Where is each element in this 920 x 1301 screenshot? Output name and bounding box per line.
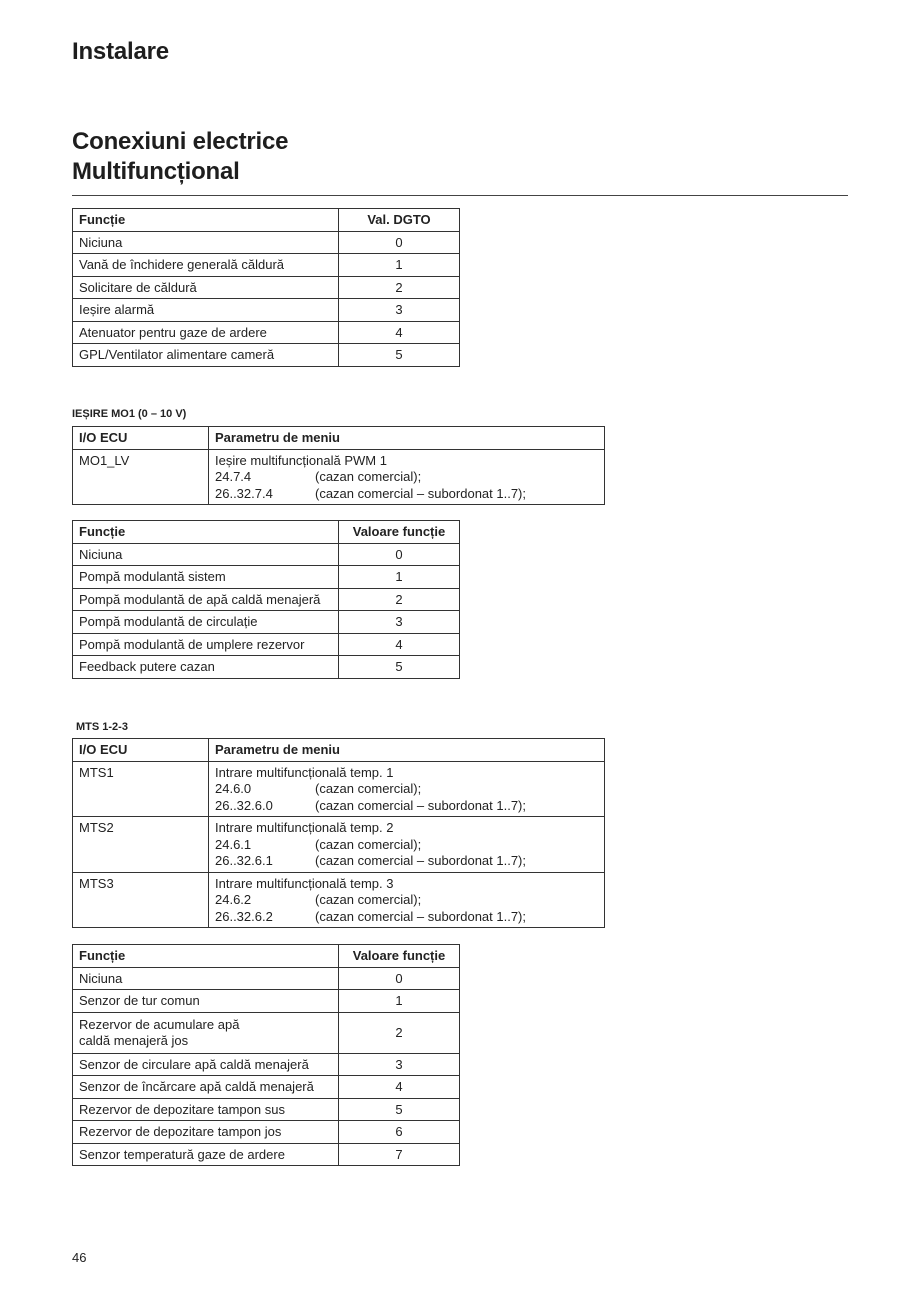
parameter-line: 26..32.6.0(cazan comercial – subordonat … [215, 798, 598, 815]
table-row: Pompă modulantă sistem1 [73, 566, 460, 589]
parameter-description: (cazan comercial – subordonat 1..7); [315, 798, 526, 813]
parameter-code: 24.6.1 [215, 837, 315, 853]
function-cell: Niciuna [73, 231, 339, 254]
parameter-line: 24.7.4(cazan comercial); [215, 469, 598, 486]
parameter-description: (cazan comercial); [315, 469, 421, 484]
value-cell: 5 [339, 656, 460, 679]
parameter-description: (cazan comercial – subordonat 1..7); [315, 853, 526, 868]
parameter-line: 26..32.7.4(cazan comercial – subordonat … [215, 486, 598, 503]
parameter-code: 24.6.2 [215, 892, 315, 908]
table-header-row: Funcție Valoare funcție [73, 521, 460, 544]
column-header-io-ecu: I/O ECU [73, 427, 209, 450]
section-title: Instalare [72, 38, 169, 66]
table-row: Atenuator pentru gaze de ardere4 [73, 321, 460, 344]
parameter-description: (cazan comercial); [315, 892, 421, 907]
column-header-value: Valoare funcție [339, 521, 460, 544]
table-row: Pompă modulantă de apă caldă menajeră2 [73, 588, 460, 611]
value-cell: 1 [339, 254, 460, 277]
parameter-line: 24.6.2(cazan comercial); [215, 892, 598, 909]
parameter-code: 26..32.6.1 [215, 853, 315, 869]
table-row: MTS2Intrare multifuncțională temp. 224.6… [73, 817, 605, 873]
value-cell: 4 [339, 321, 460, 344]
function-cell: Vană de închidere generală căldură [73, 254, 339, 277]
table-row: Rezervor de depozitare tampon sus5 [73, 1098, 460, 1121]
table-row: Senzor de tur comun1 [73, 990, 460, 1013]
function-cell: Feedback putere cazan [73, 656, 339, 679]
value-cell: 2 [339, 276, 460, 299]
table-header-row: Funcție Valoare funcție [73, 945, 460, 968]
column-header-function: Funcție [73, 521, 339, 544]
function-cell: Pompă modulantă de apă caldă menajeră [73, 588, 339, 611]
function-cell: Ieșire alarmă [73, 299, 339, 322]
function-cell: Rezervor de depozitare tampon jos [73, 1121, 339, 1144]
parameter-line: 24.6.1(cazan comercial); [215, 837, 598, 854]
page-title-line-2: Multifuncțional [72, 157, 288, 187]
value-cell: 0 [339, 231, 460, 254]
parameter-description: (cazan comercial); [315, 781, 421, 796]
parameter-code: 24.7.4 [215, 469, 315, 485]
function-cell: Rezervor de acumulare apăcaldă menajeră … [73, 1012, 339, 1053]
column-header-value: Valoare funcție [339, 945, 460, 968]
mo1-io-table: I/O ECU Parametru de meniu MO1_LVIeșire … [72, 426, 605, 505]
function-cell: Rezervor de depozitare tampon sus [73, 1098, 339, 1121]
column-header-menu-parameter: Parametru de meniu [209, 427, 605, 450]
mts-caption: MTS 1-2-3 [76, 721, 128, 733]
table-row: Niciuna0 [73, 967, 460, 990]
page-number: 46 [72, 1250, 86, 1265]
parameter-code: 24.6.0 [215, 781, 315, 797]
value-cell: 2 [339, 1012, 460, 1053]
column-header-io-ecu: I/O ECU [73, 739, 209, 762]
table-header-row: I/O ECU Parametru de meniu [73, 427, 605, 450]
table-row: Niciuna0 [73, 231, 460, 254]
parameter-title: Intrare multifuncțională temp. 3 [215, 876, 598, 893]
value-cell: 2 [339, 588, 460, 611]
table-row: Vană de închidere generală căldură1 [73, 254, 460, 277]
table-row: Senzor temperatură gaze de ardere7 [73, 1143, 460, 1166]
value-cell: 4 [339, 1076, 460, 1099]
function-cell: Senzor de tur comun [73, 990, 339, 1013]
value-cell: 5 [339, 344, 460, 367]
value-cell: 5 [339, 1098, 460, 1121]
parameter-line: 26..32.6.1(cazan comercial – subordonat … [215, 853, 598, 870]
mts-function-table: Funcție Valoare funcție Niciuna0Senzor d… [72, 944, 460, 1166]
mts-io-table: I/O ECU Parametru de meniu MTS1Intrare m… [72, 738, 605, 928]
parameter-code: 26..32.7.4 [215, 486, 315, 502]
parameter-title: Intrare multifuncțională temp. 1 [215, 765, 598, 782]
parameter-description: (cazan comercial – subordonat 1..7); [315, 486, 526, 501]
table-row: Senzor de circulare apă caldă menajeră3 [73, 1053, 460, 1076]
menu-parameter-cell: Intrare multifuncțională temp. 124.6.0(c… [209, 761, 605, 817]
value-cell: 1 [339, 990, 460, 1013]
table-row: Pompă modulantă de circulație3 [73, 611, 460, 634]
table-header-row: Funcție Val. DGTO [73, 209, 460, 232]
mo1-caption: IEȘIRE MO1 (0 – 10 V) [72, 408, 186, 420]
title-divider [72, 195, 848, 196]
parameter-title: Intrare multifuncțională temp. 2 [215, 820, 598, 837]
column-header-value: Val. DGTO [339, 209, 460, 232]
function-cell: Solicitare de căldură [73, 276, 339, 299]
io-ecu-cell: MTS1 [73, 761, 209, 817]
value-cell: 1 [339, 566, 460, 589]
dgto-function-table: Funcție Val. DGTO Niciuna0Vană de închid… [72, 208, 460, 367]
table-header-row: I/O ECU Parametru de meniu [73, 739, 605, 762]
parameter-code: 26..32.6.2 [215, 909, 315, 925]
function-cell: Niciuna [73, 967, 339, 990]
parameter-description: (cazan comercial – subordonat 1..7); [315, 909, 526, 924]
table-row: Niciuna0 [73, 543, 460, 566]
parameter-description: (cazan comercial); [315, 837, 421, 852]
value-cell: 3 [339, 1053, 460, 1076]
io-ecu-cell: MO1_LV [73, 449, 209, 505]
parameter-title: Ieșire multifuncțională PWM 1 [215, 453, 598, 470]
menu-parameter-cell: Ieșire multifuncțională PWM 124.7.4(caza… [209, 449, 605, 505]
page-title: Conexiuni electrice Multifuncțional [72, 127, 288, 187]
table-row: MO1_LVIeșire multifuncțională PWM 124.7.… [73, 449, 605, 505]
function-cell-line: Rezervor de acumulare apă [79, 1017, 332, 1033]
table-row: Feedback putere cazan5 [73, 656, 460, 679]
value-cell: 3 [339, 299, 460, 322]
function-cell: Senzor temperatură gaze de ardere [73, 1143, 339, 1166]
table-row: Rezervor de acumulare apăcaldă menajeră … [73, 1012, 460, 1053]
table-row: Solicitare de căldură2 [73, 276, 460, 299]
column-header-menu-parameter: Parametru de meniu [209, 739, 605, 762]
function-cell: Niciuna [73, 543, 339, 566]
table-row: Pompă modulantă de umplere rezervor4 [73, 633, 460, 656]
value-cell: 4 [339, 633, 460, 656]
function-cell: Senzor de circulare apă caldă menajeră [73, 1053, 339, 1076]
function-cell: Pompă modulantă sistem [73, 566, 339, 589]
column-header-function: Funcție [73, 209, 339, 232]
io-ecu-cell: MTS3 [73, 872, 209, 928]
value-cell: 7 [339, 1143, 460, 1166]
function-cell: Atenuator pentru gaze de ardere [73, 321, 339, 344]
value-cell: 6 [339, 1121, 460, 1144]
table-row: GPL/Ventilator alimentare cameră5 [73, 344, 460, 367]
function-cell: Pompă modulantă de circulație [73, 611, 339, 634]
function-cell: GPL/Ventilator alimentare cameră [73, 344, 339, 367]
table-row: MTS1Intrare multifuncțională temp. 124.6… [73, 761, 605, 817]
table-row: Senzor de încărcare apă caldă menajeră4 [73, 1076, 460, 1099]
table-row: Ieșire alarmă3 [73, 299, 460, 322]
table-row: Rezervor de depozitare tampon jos6 [73, 1121, 460, 1144]
value-cell: 3 [339, 611, 460, 634]
table-row: MTS3Intrare multifuncțională temp. 324.6… [73, 872, 605, 928]
column-header-function: Funcție [73, 945, 339, 968]
value-cell: 0 [339, 543, 460, 566]
function-cell: Pompă modulantă de umplere rezervor [73, 633, 339, 656]
parameter-line: 24.6.0(cazan comercial); [215, 781, 598, 798]
function-cell-line: caldă menajeră jos [79, 1033, 332, 1049]
value-cell: 0 [339, 967, 460, 990]
parameter-code: 26..32.6.0 [215, 798, 315, 814]
function-cell: Senzor de încărcare apă caldă menajeră [73, 1076, 339, 1099]
io-ecu-cell: MTS2 [73, 817, 209, 873]
menu-parameter-cell: Intrare multifuncțională temp. 324.6.2(c… [209, 872, 605, 928]
mo1-function-table: Funcție Valoare funcție Niciuna0Pompă mo… [72, 520, 460, 679]
parameter-line: 26..32.6.2(cazan comercial – subordonat … [215, 909, 598, 926]
page-title-line-1: Conexiuni electrice [72, 127, 288, 157]
menu-parameter-cell: Intrare multifuncțională temp. 224.6.1(c… [209, 817, 605, 873]
